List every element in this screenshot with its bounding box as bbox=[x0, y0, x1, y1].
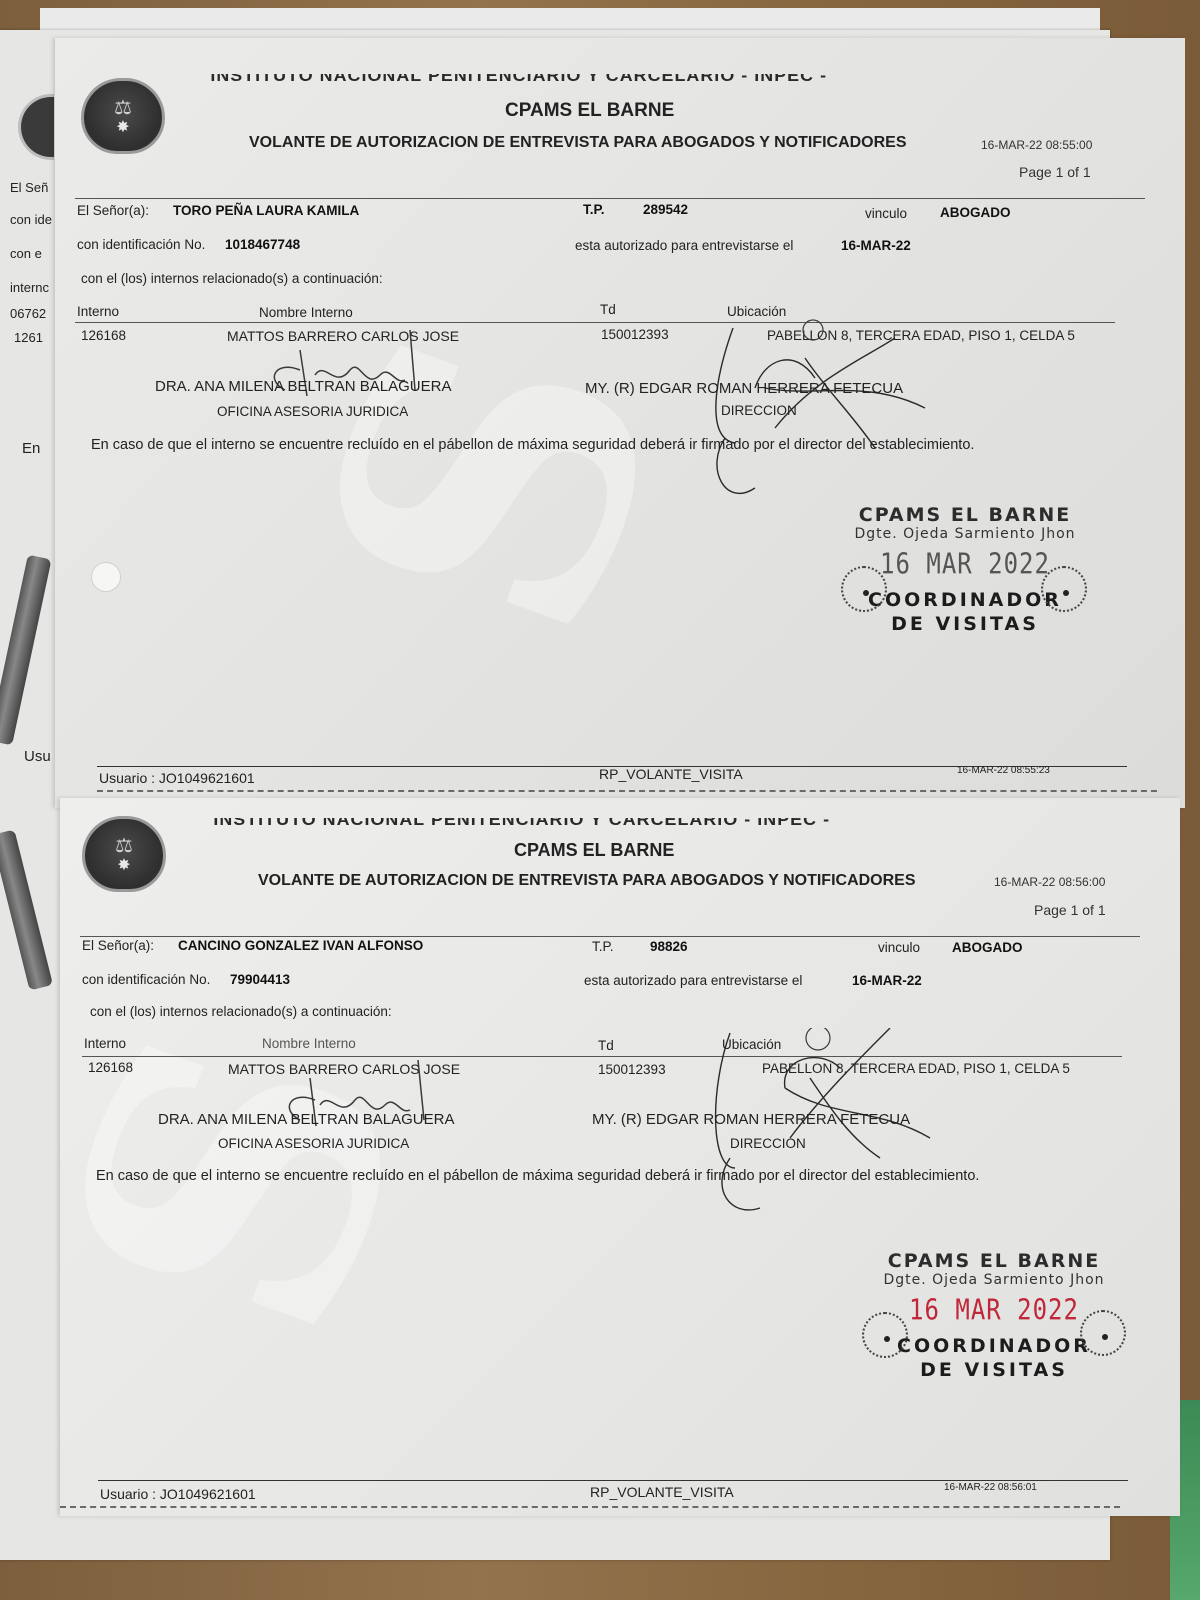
tp-label: T.P. bbox=[592, 939, 614, 954]
authorization-form-2: S ⚖✸ INSTITUTO NACIONAL PENITENCIARIO Y … bbox=[60, 798, 1180, 1516]
vinculo-value: ABOGADO bbox=[952, 940, 1023, 955]
printed-timestamp: 16-MAR-22 08:55:00 bbox=[981, 138, 1092, 152]
stamp-seal-icon bbox=[1080, 1310, 1126, 1356]
printed-timestamp: 16-MAR-22 08:56:00 bbox=[994, 875, 1105, 889]
vinculo-label: vinculo bbox=[865, 206, 907, 221]
tear-line bbox=[97, 790, 1157, 792]
footer-user: Usuario : JO1049621601 bbox=[99, 770, 255, 786]
signer-left-name: DRA. ANA MILENA BELTRAN BALAGUERA bbox=[158, 1111, 454, 1128]
col-nombre-interno: Nombre Interno bbox=[259, 305, 353, 320]
authorized-date: 16-MAR-22 bbox=[841, 238, 911, 253]
col-interno: Interno bbox=[77, 304, 119, 319]
inpec-seal-icon: ⚖✸ bbox=[82, 816, 166, 892]
back-fragment: Usu bbox=[24, 748, 51, 765]
divider bbox=[75, 198, 1145, 199]
col-td: Td bbox=[598, 1038, 614, 1053]
footer-timestamp: 16-MAR-22 08:55:23 bbox=[957, 765, 1050, 776]
table-divider bbox=[75, 322, 1115, 323]
back-fragment: En bbox=[22, 440, 40, 457]
institution-name: INSTITUTO NACIONAL PENITENCIARIO Y CARCE… bbox=[213, 818, 830, 828]
id-label: con identificación No. bbox=[77, 237, 205, 252]
inpec-seal-icon: ⚖✸ bbox=[81, 78, 165, 154]
internos-intro: con el (los) internos relacionado(s) a c… bbox=[81, 271, 383, 286]
lawyer-name: CANCINO GONZALEZ IVAN ALFONSO bbox=[178, 938, 423, 953]
col-ubicacion: Ubicación bbox=[722, 1037, 781, 1052]
center-name: CPAMS EL BARNE bbox=[505, 100, 674, 122]
authorized-label: esta autorizado para entrevistarse el bbox=[575, 238, 793, 253]
tp-label: T.P. bbox=[583, 202, 605, 217]
stamp-center: CPAMS EL BARNE bbox=[844, 1250, 1144, 1272]
col-td: Td bbox=[600, 302, 616, 317]
internos-intro: con el (los) internos relacionado(s) a c… bbox=[90, 1004, 392, 1019]
signer-right-name: MY. (R) EDGAR ROMAN HERRERA FETECUA bbox=[585, 380, 903, 397]
max-security-notice: En caso de que el interno se encuentre r… bbox=[96, 1168, 979, 1184]
col-nombre-interno: Nombre Interno bbox=[262, 1036, 356, 1051]
signer-left-role: OFICINA ASESORIA JURIDICA bbox=[218, 1136, 409, 1151]
visits-coordinator-stamp: CPAMS EL BARNE Dgte. Ojeda Sarmiento Jho… bbox=[844, 1250, 1144, 1382]
tp-number: 98826 bbox=[650, 939, 688, 954]
center-name: CPAMS EL BARNE bbox=[514, 840, 674, 861]
stamp-officer: Dgte. Ojeda Sarmiento Jhon bbox=[815, 526, 1115, 542]
stamp-center: CPAMS EL BARNE bbox=[815, 504, 1115, 526]
interno-id: 126168 bbox=[81, 328, 126, 343]
back-fragment: 06762 bbox=[10, 306, 46, 321]
signer-left-name: DRA. ANA MILENA BELTRAN BALAGUERA bbox=[155, 378, 451, 395]
page-indicator: Page 1 of 1 bbox=[1034, 902, 1106, 918]
stamp-officer: Dgte. Ojeda Sarmiento Jhon bbox=[844, 1272, 1144, 1288]
interno-location: PABELLON 8, TERCERA EDAD, PISO 1, CELDA … bbox=[767, 328, 1075, 343]
visits-coordinator-stamp: CPAMS EL BARNE Dgte. Ojeda Sarmiento Jho… bbox=[815, 504, 1115, 636]
footer-report: RP_VOLANTE_VISITA bbox=[590, 1484, 734, 1500]
lawyer-name: TORO PEÑA LAURA KAMILA bbox=[173, 203, 359, 218]
interno-id: 126168 bbox=[88, 1060, 133, 1075]
document-title: VOLANTE DE AUTORIZACION DE ENTREVISTA PA… bbox=[258, 872, 916, 890]
authorization-form-1: S ⚖✸ INSTITUTO NACIONAL PENITENCIARIO Y … bbox=[55, 38, 1185, 808]
senor-label: El Señor(a): bbox=[82, 938, 154, 953]
senor-label: El Señor(a): bbox=[77, 203, 149, 218]
interno-name: MATTOS BARRERO CARLOS JOSE bbox=[227, 328, 459, 344]
punch-hole bbox=[91, 562, 121, 592]
footer-report: RP_VOLANTE_VISITA bbox=[599, 766, 743, 782]
max-security-notice: En caso de que el interno se encuentre r… bbox=[91, 437, 974, 453]
interno-location: PABELLON 8, TERCERA EDAD, PISO 1, CELDA … bbox=[762, 1061, 1070, 1076]
signer-left-role: OFICINA ASESORIA JURIDICA bbox=[217, 404, 408, 419]
authorized-date: 16-MAR-22 bbox=[852, 973, 922, 988]
col-ubicacion: Ubicación bbox=[727, 304, 786, 319]
interno-td: 150012393 bbox=[598, 1062, 666, 1077]
id-label: con identificación No. bbox=[82, 972, 210, 987]
signature-right bbox=[690, 1028, 950, 1228]
id-number: 79904413 bbox=[230, 972, 290, 987]
back-fragment: 1261 bbox=[14, 330, 43, 345]
signer-right-role: DIRECCION bbox=[730, 1136, 806, 1151]
vinculo-label: vinculo bbox=[878, 940, 920, 955]
divider bbox=[80, 936, 1140, 937]
id-number: 1018467748 bbox=[225, 237, 300, 252]
document-title: VOLANTE DE AUTORIZACION DE ENTREVISTA PA… bbox=[249, 134, 907, 152]
footer-timestamp: 16-MAR-22 08:56:01 bbox=[944, 1482, 1037, 1493]
col-interno: Interno bbox=[84, 1036, 126, 1051]
authorized-label: esta autorizado para entrevistarse el bbox=[584, 973, 802, 988]
back-fragment: con ide bbox=[10, 212, 52, 227]
table-divider bbox=[82, 1056, 1122, 1057]
signer-right-name: MY. (R) EDGAR ROMAN HERRERA FETECUA bbox=[592, 1111, 910, 1128]
back-fragment: con e bbox=[10, 246, 42, 261]
tp-number: 289542 bbox=[643, 202, 688, 217]
stamp-seal-icon bbox=[862, 1312, 908, 1358]
stamp-seal-icon bbox=[1041, 566, 1087, 612]
back-seal-icon bbox=[18, 94, 54, 160]
signer-right-role: DIRECCION bbox=[721, 403, 797, 418]
back-fragment: internc bbox=[10, 280, 49, 295]
interno-name: MATTOS BARRERO CARLOS JOSE bbox=[228, 1061, 460, 1077]
footer-user: Usuario : JO1049621601 bbox=[100, 1486, 256, 1502]
footer-divider bbox=[98, 1480, 1128, 1481]
page-indicator: Page 1 of 1 bbox=[1019, 164, 1091, 180]
institution-name: INSTITUTO NACIONAL PENITENCIARIO Y CARCE… bbox=[210, 74, 827, 84]
interno-td: 150012393 bbox=[601, 327, 669, 342]
back-fragment: El Señ bbox=[10, 180, 48, 195]
vinculo-value: ABOGADO bbox=[940, 205, 1011, 220]
stamp-seal-icon bbox=[841, 566, 887, 612]
tear-line bbox=[60, 1506, 1120, 1508]
